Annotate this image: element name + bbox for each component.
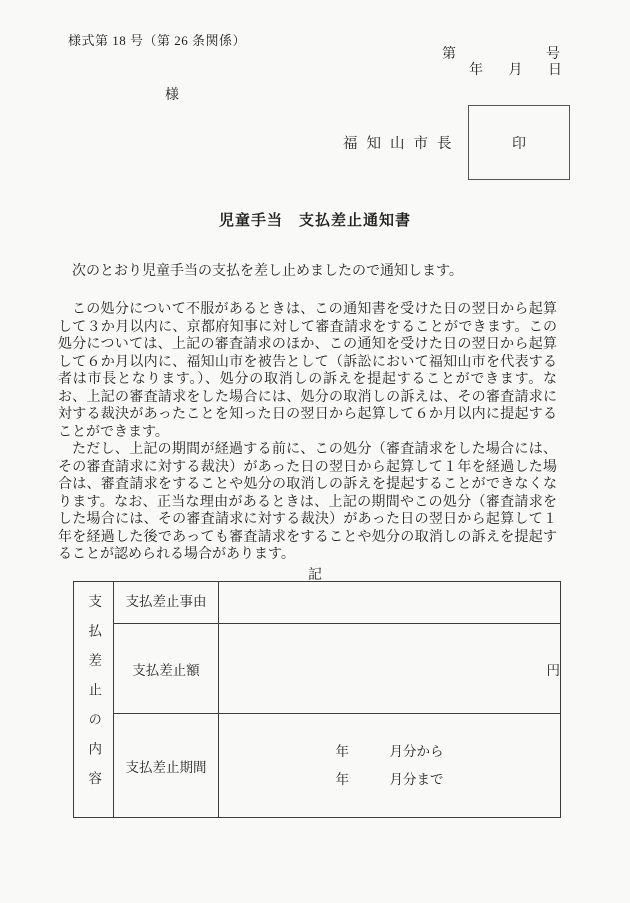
- table-row-reason: 支払差止の内容 支払差止事由: [74, 582, 561, 624]
- table-row-amount: 支払差止額 円: [74, 624, 561, 714]
- date-month-label: 月: [509, 59, 523, 79]
- amount-label-cell: 支払差止額: [114, 624, 219, 714]
- date-year-label: 年: [469, 59, 483, 79]
- legal-paragraph-deadline: ただし、上記の期間が経過する前に、この処分（審査請求をした場合には、その審査請求…: [58, 441, 557, 564]
- seal-label: 印: [512, 133, 526, 153]
- form-number: 様式第 18 号（第 26 条関係）: [68, 30, 246, 49]
- amount-unit-label: 円: [547, 663, 561, 678]
- category-vertical-label: 支払差止の内容: [87, 594, 101, 801]
- addressee-honorific: 様: [165, 84, 179, 104]
- date-day-label: 日: [548, 59, 562, 79]
- suspension-details-table: 支払差止の内容 支払差止事由 支払差止額 円 支払差止期間 年 月分から 年 月…: [73, 581, 561, 818]
- page-title: 児童手当 支払差止通知書: [0, 209, 630, 230]
- intro-sentence: 次のとおり児童手当の支払を差し止めましたので通知します。: [58, 260, 558, 280]
- date-line: 年 月 日: [469, 59, 562, 79]
- legal-paragraph-appeal: この処分について不服があるときは、この通知書を受けた日の翌日から起算して３か月以…: [58, 301, 557, 441]
- seal-box: 印: [468, 105, 570, 180]
- period-value-cell: 年 月分から 年 月分まで: [219, 714, 561, 818]
- period-label-cell: 支払差止期間: [114, 714, 219, 818]
- legal-notice-text: この処分について不服があるときは、この通知書を受けた日の翌日から起算して３か月以…: [58, 301, 557, 564]
- amount-value-cell: 円: [219, 624, 561, 714]
- period-from-line: 年 月分から: [219, 738, 560, 766]
- reason-label-cell: 支払差止事由: [114, 582, 219, 624]
- sender-title: 福知山市長: [343, 132, 461, 153]
- reason-value-cell: [219, 582, 561, 624]
- period-to-line: 年 月分まで: [219, 766, 560, 794]
- document-number-prefix: 第: [442, 43, 456, 63]
- table-row-period: 支払差止期間 年 月分から 年 月分まで: [74, 714, 561, 818]
- category-header-cell: 支払差止の内容: [74, 582, 114, 818]
- document-page: 様式第 18 号（第 26 条関係） 第 号 年 月 日 様 福知山市長 印 児…: [0, 0, 630, 903]
